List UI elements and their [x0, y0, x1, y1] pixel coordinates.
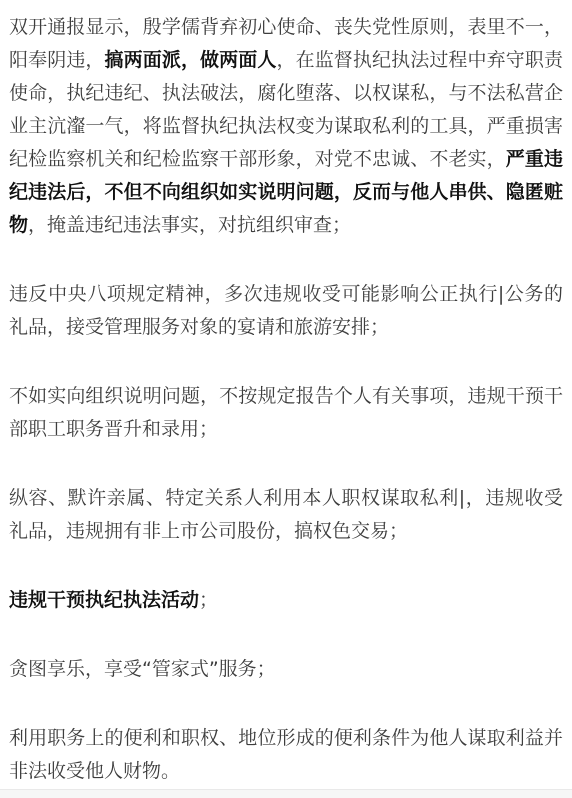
page: 双开通报显示，殷学儒背弃初心使命、丧失党性原则，表里不一，阳奉阴违，搞两面派，做… [0, 0, 572, 798]
text-run: ，掩盖违纪违法事实，对抗组织审查； [28, 214, 351, 236]
text-run: ； [199, 589, 218, 611]
paragraph: 违反中央八项规定精神，多次违规收受可能影响公正执行|公务的礼品，接受管理服务对象… [9, 278, 563, 344]
paragraph: 违规干预执纪执法活动； [9, 584, 563, 617]
article-body: 双开通报显示，殷学儒背弃初心使命、丧失党性原则，表里不一，阳奉阴违，搞两面派，做… [0, 0, 572, 788]
text-run: 贪图享乐，享受“管家式”服务； [9, 658, 276, 680]
paragraph: 纵容、默许亲属、特定关系人利用本人职权谋取私利|，违规收受礼品，违规拥有非上市公… [9, 482, 563, 548]
text-run: 利用职务上的便利和职权、地位形成的便利条件为他人谋取利益并非法收受他人财物。 [9, 727, 563, 782]
paragraph: 利用职务上的便利和职权、地位形成的便利条件为他人谋取利益并非法收受他人财物。 [9, 722, 563, 788]
bold-text-run: 违规干预执纪执法活动 [9, 589, 199, 611]
text-run: 不如实向组织说明问题，不按规定报告个人有关事项，违规干预干部职工职务晋升和录用； [9, 385, 563, 440]
text-run: 违反中央八项规定精神，多次违规收受可能影响公正执行|公务的礼品，接受管理服务对象… [9, 283, 563, 338]
text-run: 纵容、默许亲属、特定关系人利用本人职权谋取私利|，违规收受礼品，违规拥有非上市公… [9, 487, 563, 542]
paragraph: 双开通报显示，殷学儒背弃初心使命、丧失党性原则，表里不一，阳奉阴违，搞两面派，做… [9, 11, 563, 242]
footer-strip [0, 789, 572, 798]
bold-text-run: 搞两面派，做两面人 [105, 49, 277, 71]
paragraph: 不如实向组织说明问题，不按规定报告个人有关事项，违规干预干部职工职务晋升和录用； [9, 380, 563, 446]
paragraph: 贪图享乐，享受“管家式”服务； [9, 653, 563, 686]
